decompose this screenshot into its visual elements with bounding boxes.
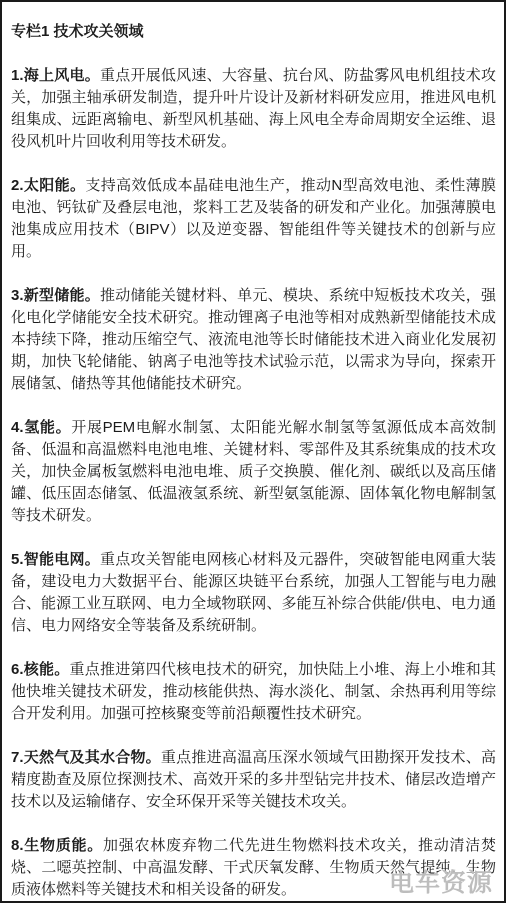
- section-body: 重点推进第四代核电技术的研究，加快陆上小堆、海上小堆和其他快堆关键技术研发，推动…: [11, 661, 496, 722]
- section-label: 8.生物质能。: [11, 837, 103, 854]
- section-body: 开展PEM电解水制氢、太阳能光解水制氢等氢源低成本高效制备、低温和高温燃料电池电…: [11, 419, 496, 524]
- section-label: 5.智能电网。: [11, 551, 100, 568]
- section-label: 6.核能。: [11, 661, 69, 678]
- section-nuclear: 6.核能。重点推进第四代核电技术的研究，加快陆上小堆、海上小堆和其他快堆关键技术…: [11, 659, 496, 725]
- section-label: 4.氢能。: [11, 419, 71, 436]
- section-natural-gas-hydrates: 7.天然气及其水合物。重点推进高温高压深水领域气田勘探开发技术、高精度勘查及原位…: [11, 747, 496, 813]
- section-label: 1.海上风电。: [11, 67, 100, 84]
- section-label: 2.太阳能。: [11, 177, 85, 194]
- section-label: 3.新型储能。: [11, 287, 100, 304]
- section-new-energy-storage: 3.新型储能。推动储能关键材料、单元、模块、系统中短板技术攻关，强化电化学储能安…: [11, 285, 496, 395]
- section-solar: 2.太阳能。支持高效低成本晶硅电池生产，推动N型高效电池、柔性薄膜电池、钙钛矿及…: [11, 175, 496, 263]
- section-biomass: 8.生物质能。加强农林废弃物二代先进生物燃料技术攻关，推动清洁焚烧、二噁英控制、…: [11, 835, 496, 901]
- section-offshore-wind: 1.海上风电。重点开展低风速、大容量、抗台风、防盐雾风电机组技术攻关，加强主轴承…: [11, 65, 496, 153]
- section-smart-grid: 5.智能电网。重点攻关智能电网核心材料及元器件，突破智能电网重大装备，建设电力大…: [11, 549, 496, 637]
- document-title: 专栏1 技术攻关领域: [11, 21, 496, 43]
- document-text-box: 专栏1 技术攻关领域 1.海上风电。重点开展低风速、大容量、抗台风、防盐雾风电机…: [0, 0, 506, 903]
- section-label: 7.天然气及其水合物。: [11, 749, 161, 766]
- section-hydrogen: 4.氢能。开展PEM电解水制氢、太阳能光解水制氢等氢源低成本高效制备、低温和高温…: [11, 417, 496, 527]
